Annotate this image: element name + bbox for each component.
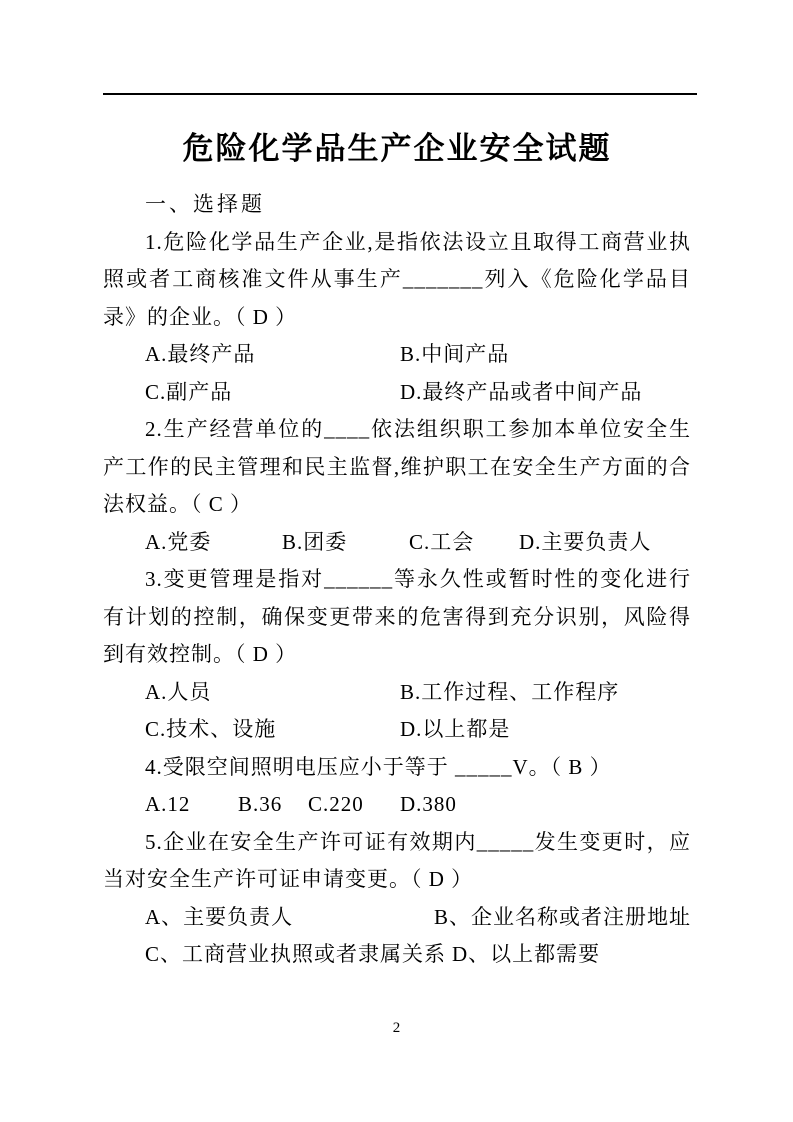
option-item: D.最终产品或者中间产品 xyxy=(400,374,642,412)
question-4-options-row-1: A.12 B.36 C.220 D.380 xyxy=(103,786,691,824)
option-item: C.220 xyxy=(308,786,400,824)
question-2-stem: 2.生产经营单位的____依法组织职工参加本单位安全生产工作的民主管理和民主监督… xyxy=(103,411,691,524)
document-title: 危险化学品生产企业安全试题 xyxy=(103,126,691,172)
question-5-stem: 5.企业在安全生产许可证有效期内_____发生变更时，应当对安全生产许可证申请变… xyxy=(103,824,691,899)
option-item: B.中间产品 xyxy=(400,336,509,374)
option-item: B、企业名称或者注册地址 xyxy=(434,899,691,937)
section-heading: 一、选择题 xyxy=(103,186,691,224)
question-4-stem: 4.受限空间照明电压应小于等于 _____V。（ B ） xyxy=(103,749,691,787)
option-item: D.主要负责人 xyxy=(519,524,651,562)
option-item: C.工会 xyxy=(409,524,519,562)
question-1-stem: 1.危险化学品生产企业,是指依法设立且取得工商营业执照或者工商核准文件从事生产_… xyxy=(103,224,691,337)
option-item: A.12 xyxy=(145,786,238,824)
question-3-options-row-2: C.技术、设施 D.以上都是 xyxy=(103,711,691,749)
question-1-options-row-1: A.最终产品 B.中间产品 xyxy=(103,336,691,374)
option-item: B.团委 xyxy=(282,524,409,562)
option-item: D.380 xyxy=(400,786,457,824)
question-5-options-row-2: C、工商营业执照或者隶属关系 D、以上都需要 xyxy=(103,936,691,974)
option-item: B.36 xyxy=(238,786,308,824)
question-5-options-row-1: A、主要负责人 B、企业名称或者注册地址 xyxy=(103,899,691,937)
option-item: A.党委 xyxy=(145,524,282,562)
question-3-options-row-1: A.人员 B.工作过程、工作程序 xyxy=(103,674,691,712)
option-item: D、以上都需要 xyxy=(452,936,600,974)
header-rule xyxy=(103,93,697,95)
question-3-stem: 3.变更管理是指对______等永久性或暂时性的变化进行有计划的控制，确保变更带… xyxy=(103,561,691,674)
question-1-options-row-2: C.副产品 D.最终产品或者中间产品 xyxy=(103,374,691,412)
option-item: B.工作过程、工作程序 xyxy=(400,674,619,712)
page-number: 2 xyxy=(0,1020,793,1037)
option-item: A.最终产品 xyxy=(145,336,400,374)
document-content: 危险化学品生产企业安全试题 一、选择题 1.危险化学品生产企业,是指依法设立且取… xyxy=(103,126,691,974)
option-item: C.技术、设施 xyxy=(145,711,400,749)
option-item: D.以上都是 xyxy=(400,711,510,749)
document-page: 危险化学品生产企业安全试题 一、选择题 1.危险化学品生产企业,是指依法设立且取… xyxy=(0,0,793,1122)
option-item: A、主要负责人 xyxy=(145,899,434,937)
question-2-options-row-1: A.党委 B.团委 C.工会 D.主要负责人 xyxy=(103,524,691,562)
option-item: A.人员 xyxy=(145,674,400,712)
option-item: C.副产品 xyxy=(145,374,400,412)
option-item: C、工商营业执照或者隶属关系 xyxy=(145,936,452,974)
